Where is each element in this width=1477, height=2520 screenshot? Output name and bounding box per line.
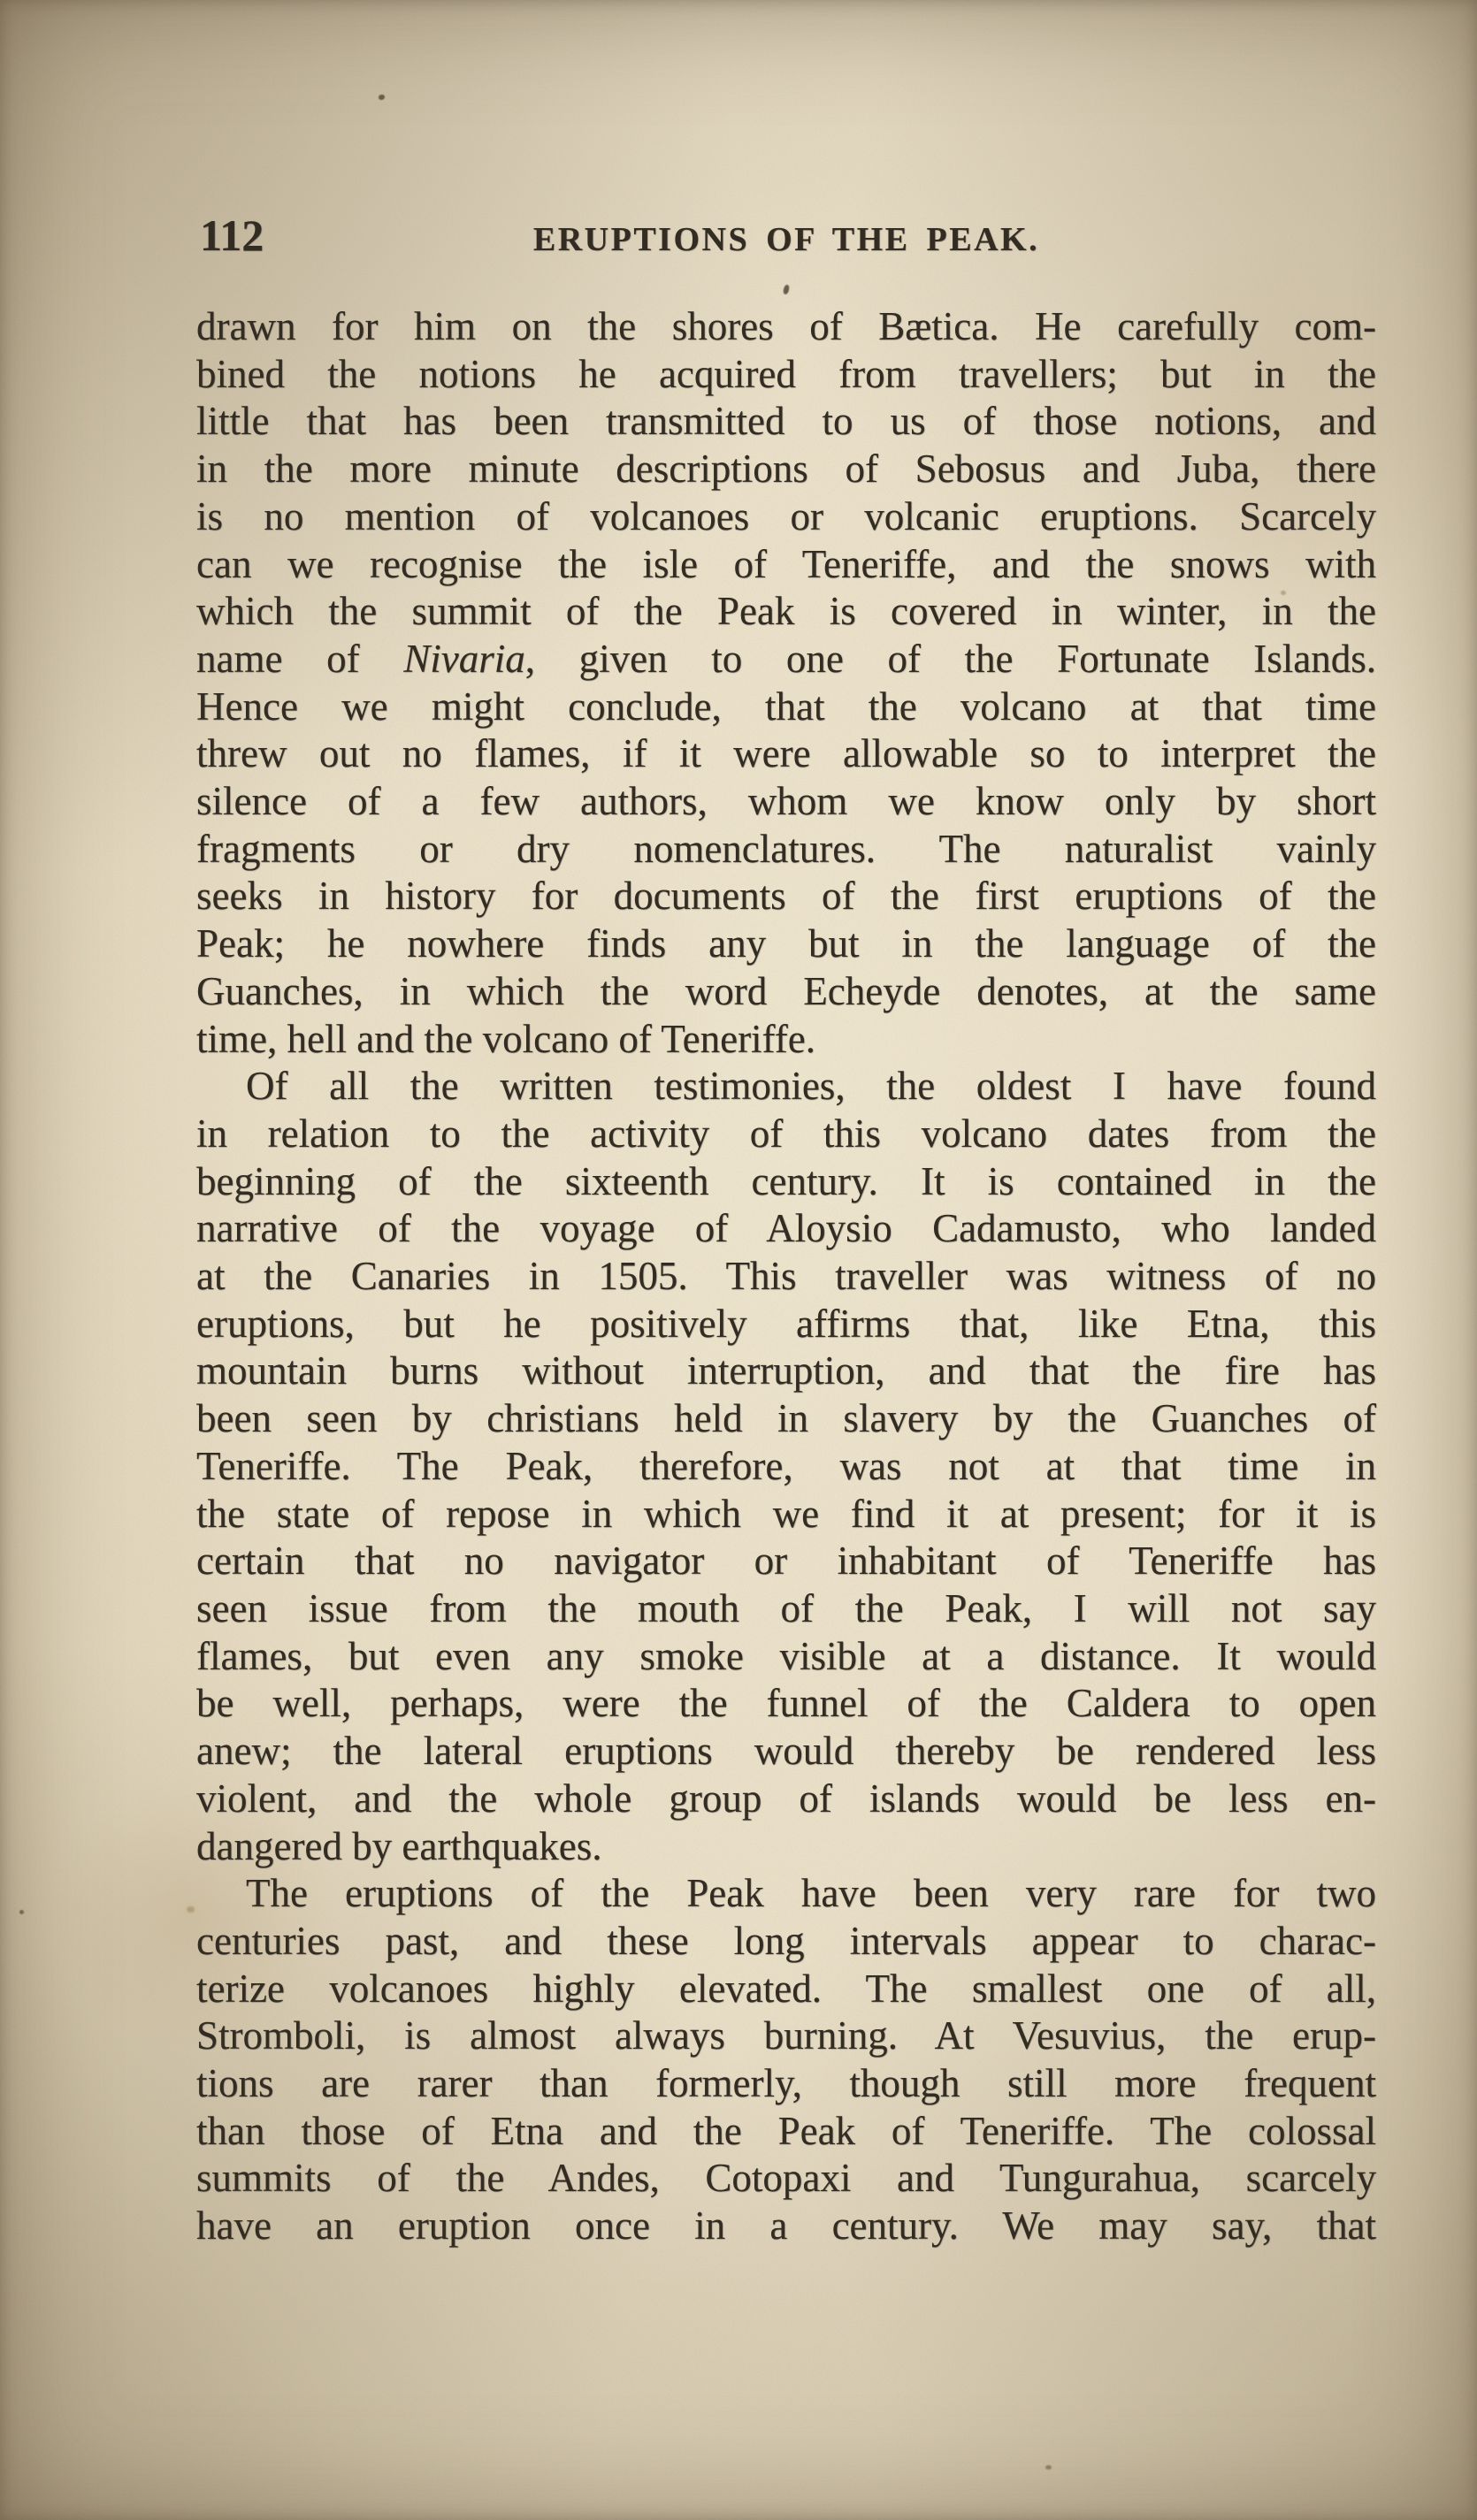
text-line: dangered by earthquakes. — [196, 1823, 1376, 1871]
ink-speck — [783, 284, 790, 294]
text-line: tions are rarer than formerly, though st… — [196, 2060, 1376, 2108]
body-text: drawn for him on the shores of Bætica. H… — [196, 303, 1376, 2250]
text-line: at the Canaries in 1505. This traveller … — [196, 1253, 1376, 1301]
paragraph-1: drawn for him on the shores of Bætica. H… — [196, 303, 1376, 1063]
book-page-scan: 112 ERUPTIONS OF THE PEAK. drawn for him… — [0, 0, 1477, 2520]
running-header: ERUPTIONS OF THE PEAK. — [196, 223, 1376, 256]
text-line: Stromboli, is almost always burning. At … — [196, 2012, 1376, 2060]
text-line: anew; the lateral eruptions would thereb… — [196, 1728, 1376, 1775]
text-line: beginning of the sixteenth century. It i… — [196, 1158, 1376, 1206]
ink-speck — [19, 1910, 24, 1914]
text-line: seeks in history for documents of the fi… — [196, 873, 1376, 920]
paragraph-2: Of all the written testimonies, the olde… — [196, 1063, 1376, 1870]
text-line: in the more minute descriptions of Sebos… — [196, 446, 1376, 493]
text-line: eruptions, but he positively affirms tha… — [196, 1301, 1376, 1348]
text-line: The eruptions of the Peak have been very… — [196, 1870, 1376, 1918]
text-line: have an eruption once in a century. We m… — [196, 2203, 1376, 2250]
text-line: centuries past, and these long intervals… — [196, 1918, 1376, 1966]
paragraph-3: The eruptions of the Peak have been very… — [196, 1870, 1376, 2250]
text-segment: , given to one of the Fortunate Islands. — [525, 637, 1376, 681]
text-line: is no mention of volcanoes or volcanic e… — [196, 493, 1376, 541]
text-line: threw out no flames, if it were allowabl… — [196, 730, 1376, 778]
italic-word-nivaria: Nivaria — [403, 637, 525, 681]
text-line: bined the notions he acquired from trave… — [196, 351, 1376, 399]
text-line: Hence we might conclude, that the volcan… — [196, 683, 1376, 731]
paper-stain — [187, 1906, 195, 1913]
text-line: silence of a few authors, whom we know o… — [196, 778, 1376, 826]
text-line: Teneriffe. The Peak, therefore, was not … — [196, 1443, 1376, 1491]
text-line: Guanches, in which the word Echeyde deno… — [196, 968, 1376, 1016]
text-line: in relation to the activity of this volc… — [196, 1111, 1376, 1158]
text-line: little that has been transmitted to us o… — [196, 398, 1376, 446]
text-line: terize volcanoes highly elevated. The sm… — [196, 1966, 1376, 2013]
text-line: been seen by christians held in slavery … — [196, 1395, 1376, 1443]
text-line: Peak; he nowhere finds any but in the la… — [196, 920, 1376, 968]
text-line: time, hell and the volcano of Teneriffe. — [196, 1016, 1376, 1064]
text-line: Of all the written testimonies, the olde… — [196, 1063, 1376, 1111]
text-line: mountain burns without interruption, and… — [196, 1348, 1376, 1395]
text-line: can we recognise the isle of Teneriffe, … — [196, 541, 1376, 589]
text-line: which the summit of the Peak is covered … — [196, 588, 1376, 636]
ink-speck — [1045, 2465, 1052, 2470]
text-line: the state of repose in which we find it … — [196, 1491, 1376, 1539]
text-segment: name of — [196, 637, 403, 681]
ink-speck — [379, 95, 385, 100]
text-line: certain that no navigator or inhabitant … — [196, 1538, 1376, 1585]
text-line: drawn for him on the shores of Bætica. H… — [196, 303, 1376, 351]
text-line: seen issue from the mouth of the Peak, I… — [196, 1585, 1376, 1633]
text-line: summits of the Andes, Cotopaxi and Tungu… — [196, 2155, 1376, 2203]
text-line: violent, and the whole group of islands … — [196, 1775, 1376, 1823]
text-line-nivaria: name of Nivaria, given to one of the For… — [196, 636, 1376, 683]
text-line: flames, but even any smoke visible at a … — [196, 1633, 1376, 1681]
text-line: fragments or dry nomenclatures. The natu… — [196, 826, 1376, 874]
text-line: narrative of the voyage of Aloysio Cadam… — [196, 1205, 1376, 1253]
text-line: than those of Etna and the Peak of Tener… — [196, 2108, 1376, 2156]
text-line: be well, perhaps, were the funnel of the… — [196, 1680, 1376, 1728]
